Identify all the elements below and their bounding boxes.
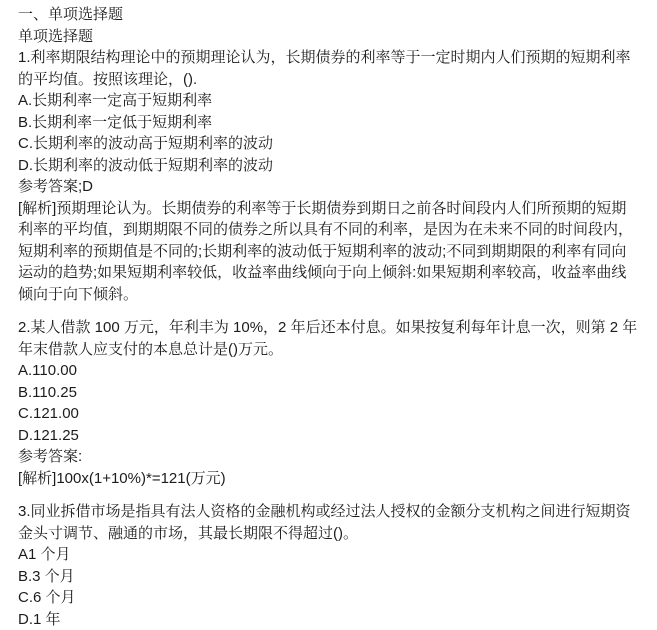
option-line: A.110.00 [18,360,639,382]
option-line: B.3 个月 [18,566,639,588]
analysis-line: [解析]预期理论认为。长期债券的利率等于长期债券到期日之前各时间段内人们所预期的… [18,198,639,306]
option-line: B.长期利率一定低于短期利率 [18,112,639,134]
section-subheading: 单项选择题 [18,26,639,48]
analysis-line: [解析]100x(1+10%)*=121(万元) [18,468,639,490]
question-stem: 1.利率期限结构理论中的预期理论认为，长期债券的利率等于一定时期内人们预期的短期… [18,47,639,90]
question-stem: 2.某人借款 100 万元，年利丰为 10%，2 年后还本付息。如果按复利每年计… [18,317,639,360]
option-line: C.6 个月 [18,587,639,609]
answer-line: 参考答案: [18,446,639,468]
question-list: 1.利率期限结构理论中的预期理论认为，长期债券的利率等于一定时期内人们预期的短期… [18,47,639,630]
question-block: 3.同业拆借市场是指具有法人资格的金融机构或经过法人授权的金额分支机构之间进行短… [18,501,639,630]
option-line: C.长期利率的波动高于短期利率的波动 [18,133,639,155]
option-line: A1 个月 [18,544,639,566]
exam-document: 一、单项选择题 单项选择题 1.利率期限结构理论中的预期理论认为，长期债券的利率… [0,0,657,630]
question-block: 2.某人借款 100 万元，年利丰为 10%，2 年后还本付息。如果按复利每年计… [18,317,639,489]
option-line: D.长期利率的波动低于短期利率的波动 [18,155,639,177]
section-heading: 一、单项选择题 [18,4,639,26]
option-line: A.长期利率一定高于短期利率 [18,90,639,112]
question-block: 1.利率期限结构理论中的预期理论认为，长期债券的利率等于一定时期内人们预期的短期… [18,47,639,305]
option-line: D.1 年 [18,609,639,630]
option-list: A1 个月B.3 个月C.6 个月D.1 年 [18,544,639,630]
question-stem: 3.同业拆借市场是指具有法人资格的金融机构或经过法人授权的金额分支机构之间进行短… [18,501,639,544]
answer-line: 参考答案;D [18,176,639,198]
option-line: B.110.25 [18,382,639,404]
option-line: D.121.25 [18,425,639,447]
option-list: A.长期利率一定高于短期利率B.长期利率一定低于短期利率C.长期利率的波动高于短… [18,90,639,176]
option-line: C.121.00 [18,403,639,425]
option-list: A.110.00B.110.25C.121.00D.121.25 [18,360,639,446]
